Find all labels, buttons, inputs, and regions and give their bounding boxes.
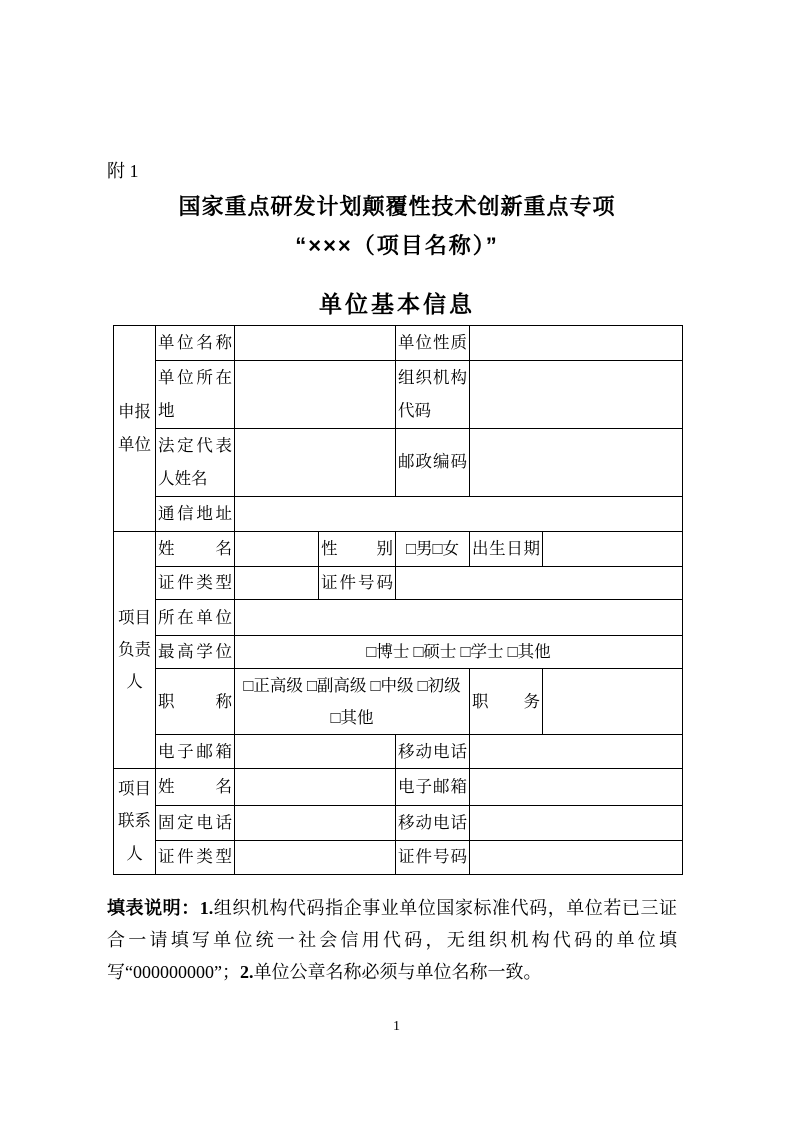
- contact-landline-value[interactable]: [235, 806, 396, 841]
- unit-name-label: 单位名称: [156, 326, 235, 361]
- pi-degree-label: 最高学位: [156, 636, 235, 669]
- pi-position-label: 职 务: [470, 669, 543, 735]
- unit-location-value[interactable]: [235, 361, 396, 429]
- pi-employer-value[interactable]: [235, 600, 683, 636]
- attachment-label: 附 1: [107, 160, 139, 182]
- contact-mobile-value[interactable]: [470, 806, 683, 841]
- pi-name-value[interactable]: [235, 532, 319, 567]
- pi-email-value[interactable]: [235, 735, 396, 769]
- pi-position-value[interactable]: [543, 669, 683, 735]
- footnote-item2-number: 2.: [240, 962, 254, 982]
- contact-email-label: 电子邮箱: [396, 769, 470, 806]
- contact-id-number-value[interactable]: [470, 841, 683, 874]
- mailing-address-value[interactable]: [235, 497, 683, 532]
- contact-id-type-value[interactable]: [235, 841, 396, 874]
- contact-id-type-label: 证件类型: [156, 841, 235, 874]
- pi-id-number-value[interactable]: [396, 567, 683, 600]
- contact-email-value[interactable]: [470, 769, 683, 806]
- pi-employer-label: 所在单位: [156, 600, 235, 636]
- pi-email-label: 电子邮箱: [156, 735, 235, 769]
- pi-name-label: 姓 名: [156, 532, 235, 567]
- contact-mobile-label: 移动电话: [396, 806, 470, 841]
- unit-info-table: 申报单位 单位名称 单位性质 单位所在地 组织机构代码 法定代表人姓名 邮政编码…: [113, 325, 683, 875]
- footnote-item1-number: 1.: [200, 898, 214, 918]
- pi-birthdate-label: 出生日期: [470, 532, 543, 567]
- section-applicant-unit: 申报单位: [114, 326, 156, 532]
- pi-title-checkbox-group[interactable]: □正高级 □副高级 □中级 □初级 □其他: [235, 669, 470, 735]
- pi-id-type-label: 证件类型: [156, 567, 235, 600]
- contact-name-value[interactable]: [235, 769, 396, 806]
- footnote-item2-text: 单位公章名称必须与单位名称一致。: [253, 962, 541, 982]
- legal-rep-name-label: 法定代表人姓名: [156, 429, 235, 497]
- pi-title-label: 职 称: [156, 669, 235, 735]
- postal-code-label: 邮政编码: [396, 429, 470, 497]
- pi-gender-checkbox-group[interactable]: □男□女: [396, 532, 470, 567]
- doc-subtitle: “×××（项目名称）”: [57, 229, 737, 260]
- table-title: 单位基本信息: [57, 286, 737, 319]
- contact-id-number-label: 证件号码: [396, 841, 470, 874]
- pi-mobile-label: 移动电话: [396, 735, 470, 769]
- document-page: 附 1 国家重点研发计划颠覆性技术创新重点专项 “×××（项目名称）” 单位基本…: [0, 0, 793, 1122]
- pi-birthdate-value[interactable]: [543, 532, 683, 567]
- pi-id-type-value[interactable]: [235, 567, 319, 600]
- contact-name-label: 姓 名: [156, 769, 235, 806]
- pi-gender-label: 性 别: [319, 532, 396, 567]
- section-project-leader: 项目负责人: [114, 532, 156, 769]
- page-number: 1: [0, 1019, 793, 1035]
- org-code-value[interactable]: [470, 361, 683, 429]
- footnote: 填表说明：1.组织机构代码指企事业单位国家标准代码，单位若已三证合一请填写单位统…: [107, 892, 677, 988]
- footnote-heading: 填表说明：: [107, 898, 200, 918]
- unit-name-value[interactable]: [235, 326, 396, 361]
- pi-mobile-value[interactable]: [470, 735, 683, 769]
- unit-location-label: 单位所在地: [156, 361, 235, 429]
- doc-title: 国家重点研发计划颠覆性技术创新重点专项: [57, 190, 737, 221]
- legal-rep-name-value[interactable]: [235, 429, 396, 497]
- pi-degree-checkbox-group[interactable]: □博士 □硕士 □学士 □其他: [235, 636, 683, 669]
- postal-code-value[interactable]: [470, 429, 683, 497]
- org-code-label: 组织机构代码: [396, 361, 470, 429]
- unit-nature-value[interactable]: [470, 326, 683, 361]
- pi-id-number-label: 证件号码: [319, 567, 396, 600]
- section-project-contact: 项目联系人: [114, 769, 156, 874]
- unit-nature-label: 单位性质: [396, 326, 470, 361]
- mailing-address-label: 通信地址: [156, 497, 235, 532]
- contact-landline-label: 固定电话: [156, 806, 235, 841]
